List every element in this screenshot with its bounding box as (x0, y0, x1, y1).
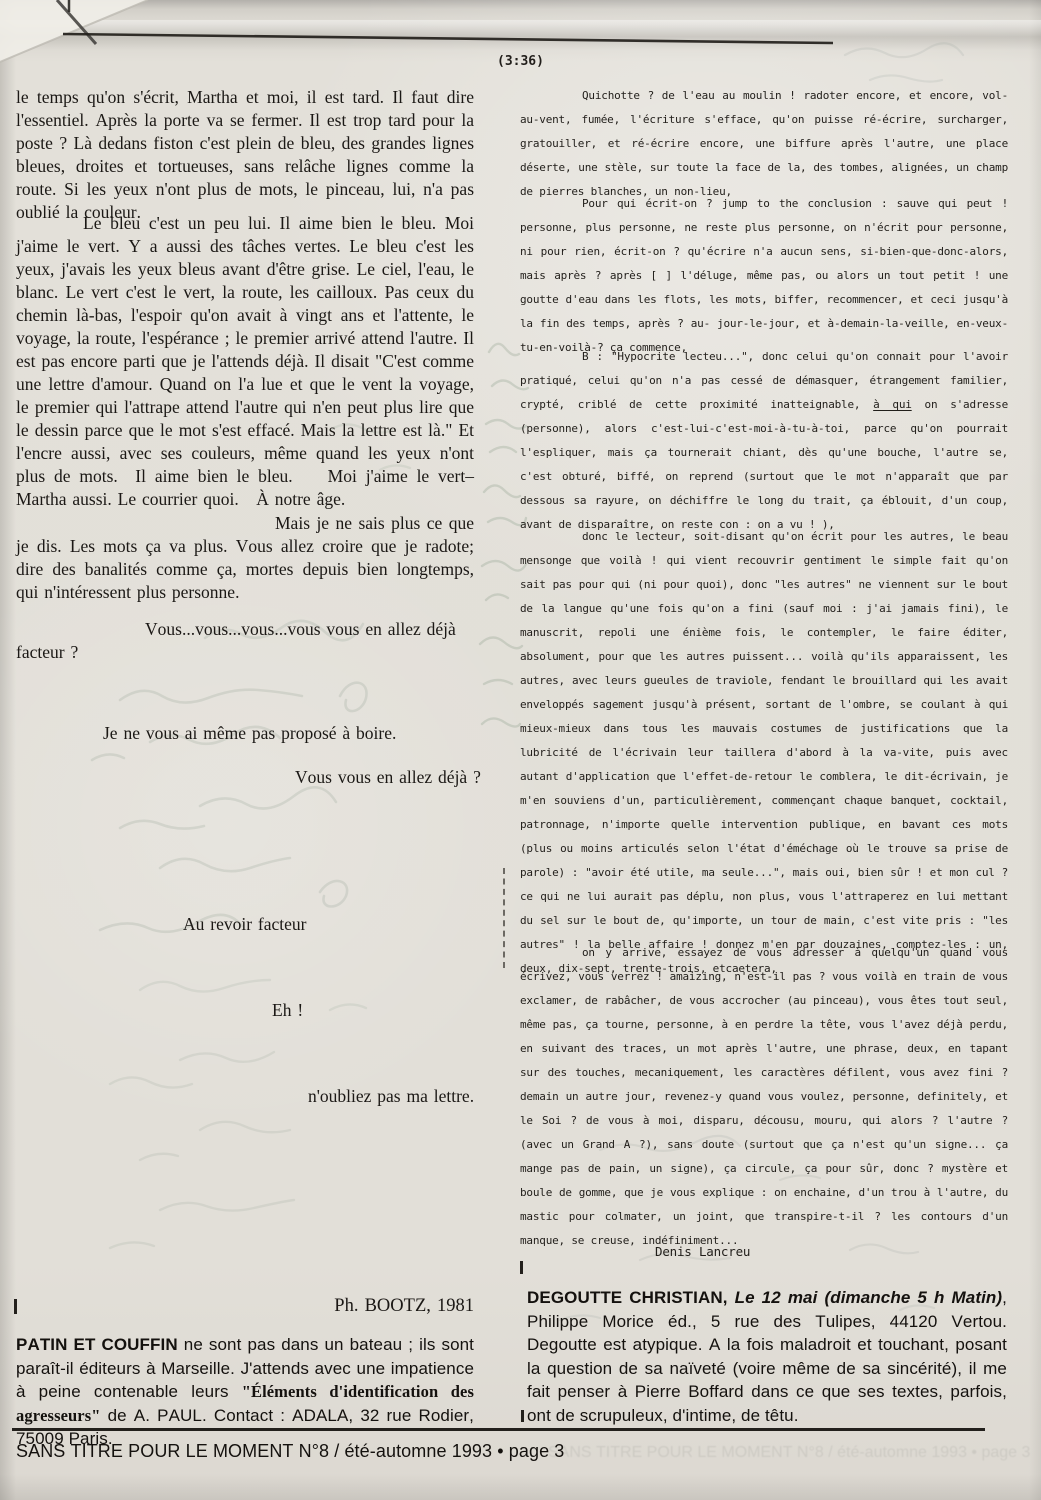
essay-text: on s'adresse (personne), alors c'est-lui… (520, 398, 1008, 531)
page-footer: SANS TITRE POUR LE MOMENT N°8 / été-auto… (16, 1440, 616, 1464)
horizontal-crease (0, 20, 1041, 50)
poem-paragraph-6: Vous vous en allez déjà ? (295, 766, 481, 789)
bleedthrough-footer-text: SANS TITRE POUR LE MOMENT N°8 / été-auto… (548, 1444, 1030, 1462)
review-body: , Philippe Morice éd., 5 rue des Tulipes… (527, 1288, 1007, 1425)
review-separator: , (723, 1288, 735, 1307)
ink-mark (521, 1410, 524, 1422)
poem-paragraph-3: Mais je ne sais plus ce que je dis. Les … (16, 512, 474, 604)
poem-paragraph-9: n'oubliez pas ma lettre. (308, 1085, 474, 1108)
underlined-phrase: à qui (873, 398, 912, 411)
footer-rule (12, 1428, 985, 1431)
scanned-page: SANS TITRE POUR LE MOMENT N°8 / été-auto… (0, 0, 1041, 1500)
poem-paragraph-5: Je ne vous ai même pas proposé à boire. (103, 722, 396, 745)
poem-paragraph-7: Au revoir facteur (183, 913, 307, 936)
essay-paragraph-1: Quichotte ? de l'eau au moulin ! radoter… (520, 84, 1008, 204)
essay-paragraph-5: on y arrive, essayez de vous adresser à … (520, 941, 1008, 1253)
review-title: Le 12 mai (dimanche 5 h Matin) (735, 1288, 1003, 1307)
poem-paragraph-2: Le bleu c'est un peu lui. Il aime bien l… (16, 212, 474, 511)
note-lead: PATIN ET COUFFIN (16, 1335, 178, 1354)
essay-signature: Denis Lancreu (655, 1240, 750, 1264)
poem-signature: Ph. BOOTZ, 1981 (16, 1295, 474, 1318)
poem-paragraph-4: Vous...vous...vous...vous vous en allez … (16, 618, 474, 664)
review-author: DEGOUTTE CHRISTIAN (527, 1288, 723, 1307)
poem-paragraph-8: Eh ! (272, 999, 303, 1022)
essay-paragraph-2: Pour qui écrit-on ? jump to the conclusi… (520, 192, 1008, 360)
essay-paragraph-3: B : "Hypocrite lecteu...", donc celui qu… (520, 345, 1008, 537)
review-entry: DEGOUTTE CHRISTIAN, Le 12 mai (dimanche … (527, 1286, 1007, 1427)
timestamp: (3:36) (497, 50, 544, 74)
ink-mark (14, 1299, 17, 1314)
patin-couffin-note: PATIN ET COUFFIN ne sont pas dans un bat… (16, 1333, 474, 1451)
essay-paragraph-4: donc le lecteur, soit-disant qu'on écrit… (520, 525, 1008, 981)
poem-paragraph-1: le temps qu'on s'écrit, Martha et moi, i… (16, 86, 474, 224)
poem-line: facteur ? (16, 642, 78, 662)
ink-mark (520, 1261, 523, 1274)
poem-line: Vous...vous...vous...vous vous en allez … (145, 619, 456, 639)
dashed-margin-mark (503, 868, 505, 968)
